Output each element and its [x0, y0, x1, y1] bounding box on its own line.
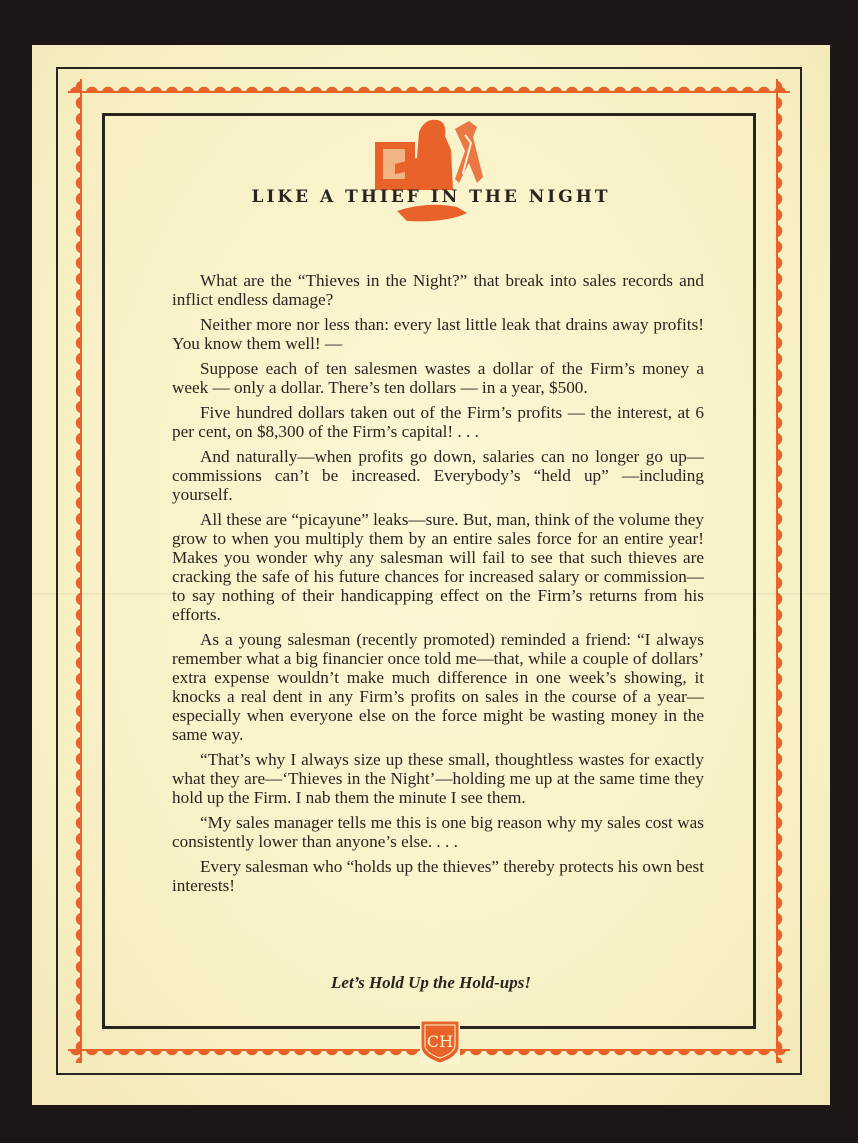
document-page: LIKE A THIEF IN THE NIGHT What are the “…	[32, 45, 830, 1105]
paragraph: “That’s why I always size up these small…	[172, 750, 704, 807]
paragraph: Suppose each of ten salesmen wastes a do…	[172, 359, 704, 397]
paragraph: What are the “Thieves in the Night?” tha…	[172, 271, 704, 309]
paragraph: All these are “picayune” leaks—sure. But…	[172, 510, 704, 624]
svg-text:CH: CH	[427, 1032, 453, 1051]
paragraph: Five hundred dollars taken out of the Fi…	[172, 403, 704, 441]
page-title: LIKE A THIEF IN THE NIGHT	[32, 187, 830, 207]
body-text: What are the “Thieves in the Night?” tha…	[172, 271, 704, 901]
ornament-top	[68, 79, 790, 93]
thief-illustration-icon	[357, 107, 507, 232]
paragraph: As a young salesman (recently promoted) …	[172, 630, 704, 744]
paragraph: Neither more nor less than: every last l…	[172, 315, 704, 353]
ornament-left	[68, 79, 82, 1063]
closing-slogan: Let’s Hold Up the Hold-ups!	[32, 973, 830, 993]
cjh-crest-icon: CH	[420, 1020, 460, 1064]
paragraph: And naturally—when profits go down, sala…	[172, 447, 704, 504]
paragraph: “My sales manager tells me this is one b…	[172, 813, 704, 851]
ornament-right	[776, 79, 790, 1063]
paragraph: Every salesman who “holds up the thieves…	[172, 857, 704, 895]
